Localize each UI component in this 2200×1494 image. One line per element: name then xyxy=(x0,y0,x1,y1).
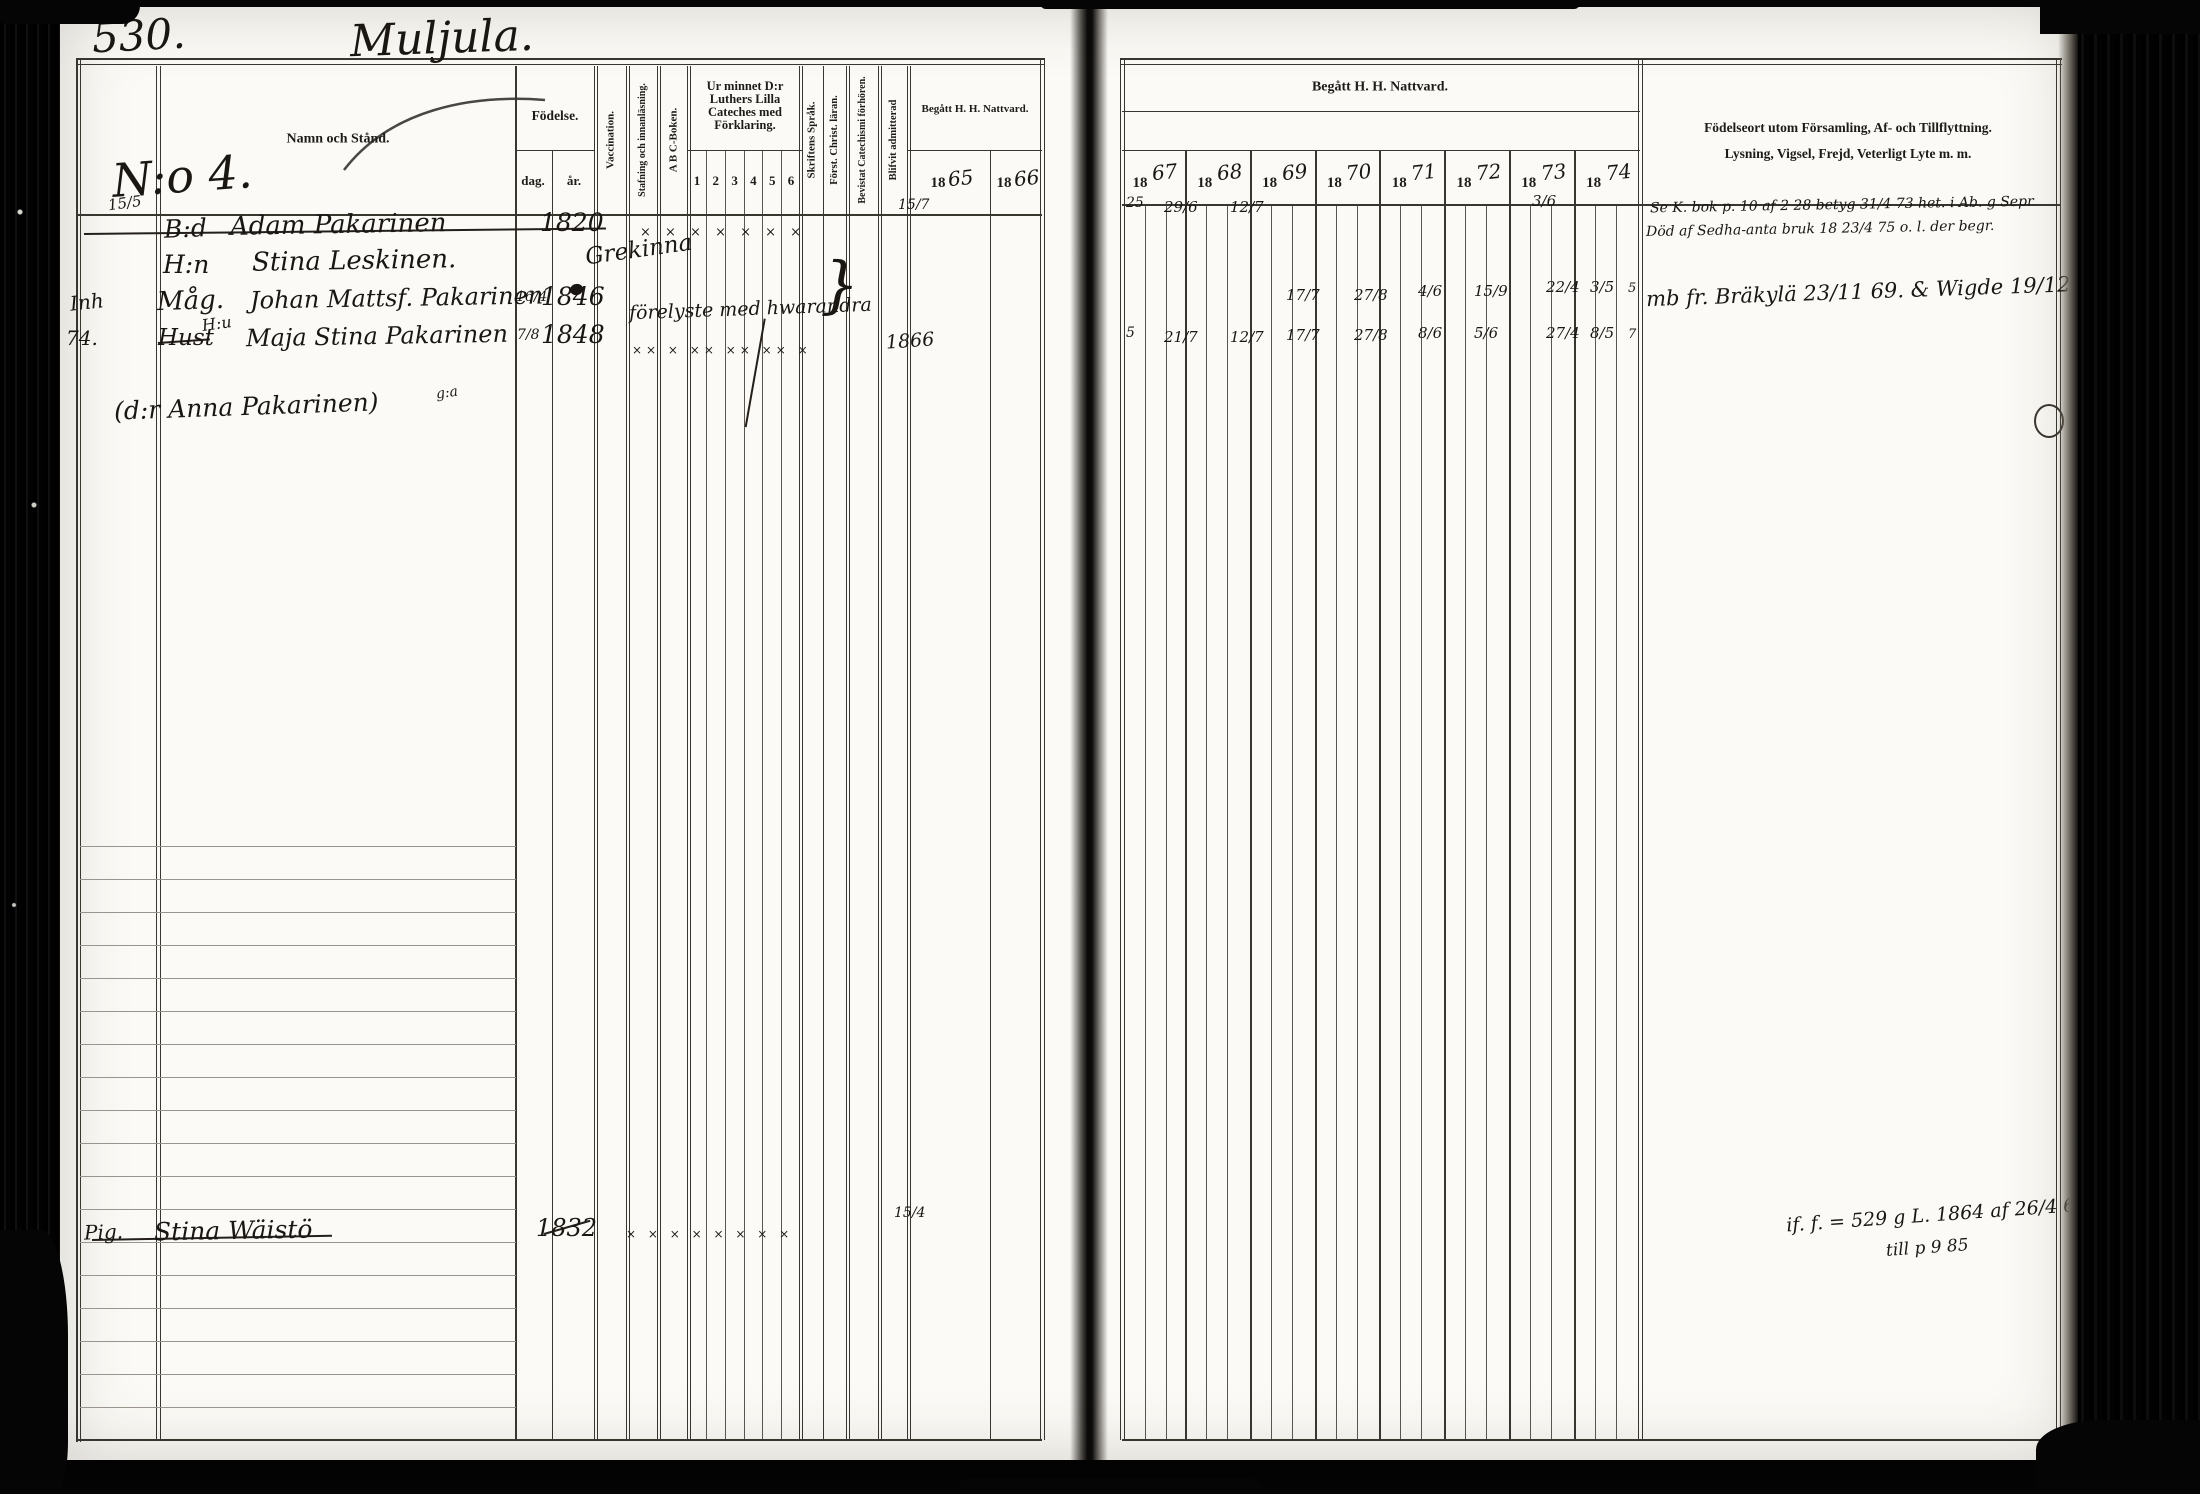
col-header-year: år. xyxy=(567,174,581,188)
grid-line xyxy=(1120,64,2062,65)
entry-title: H:u xyxy=(201,314,233,335)
grid-line xyxy=(687,150,802,151)
communion-mark: 4/6 xyxy=(1418,284,1442,300)
grid-line xyxy=(1292,205,1293,1440)
entry-name: Stina Wäistö xyxy=(154,1217,313,1246)
communion-mark: 8/6 xyxy=(1418,326,1442,342)
margin-note: Inh xyxy=(69,290,105,314)
col-header-day: dag. xyxy=(521,174,544,188)
scanned-page-spread: 530.Muljula.N:o 4.Namn och Stånd.Födelse… xyxy=(0,0,2200,1494)
col-header-christianity: Först. Christ. läran. xyxy=(830,70,841,210)
year-label-hand: 72 xyxy=(1475,161,1503,185)
grid-line xyxy=(881,66,882,1440)
col-header-communion-right: Begått H. H. Nattvard. xyxy=(1312,81,1448,96)
entry-note: g:a xyxy=(435,385,459,403)
grid-line xyxy=(1638,58,1639,1440)
communion-mark: 29/6 xyxy=(1164,200,1198,216)
pen-brace: } xyxy=(820,252,859,317)
grid-line xyxy=(907,66,908,1440)
communion-mark: 5/6 xyxy=(1474,326,1498,342)
year-label-hand: 70 xyxy=(1345,161,1373,185)
grid-line xyxy=(1616,205,1617,1440)
col-header-communion-left: Begått H. H. Nattvard. xyxy=(922,104,1029,116)
year-label-hand: 67 xyxy=(1151,161,1179,185)
year-label-hand: 73 xyxy=(1540,161,1568,185)
year-label-hand: 71 xyxy=(1410,161,1438,185)
ledger-line xyxy=(80,846,516,847)
grid-line xyxy=(990,150,991,1440)
col-header-cat-1: 1 xyxy=(694,174,701,188)
grid-line xyxy=(1595,205,1596,1440)
grid-line xyxy=(76,64,1044,65)
grid-line xyxy=(1271,205,1272,1440)
scan-blotch xyxy=(0,0,140,24)
ledger-line xyxy=(80,1275,516,1276)
grid-line xyxy=(1642,58,1643,1440)
entry-title: B:d xyxy=(164,215,208,243)
communion-mark: 15/7 xyxy=(898,198,929,213)
margin-note: 15/5 xyxy=(107,194,143,214)
scan-border-right xyxy=(2076,0,2200,1494)
col-header-cat-5: 5 xyxy=(769,174,776,188)
communion-mark: 12/7 xyxy=(1230,200,1264,216)
ledger-line xyxy=(80,1110,516,1111)
check-marks: ×× × ×× ×× ×× × xyxy=(632,344,812,357)
scan-blotch xyxy=(960,1478,1260,1494)
margin-note: Pig. xyxy=(84,1221,124,1243)
year-label: 18 xyxy=(997,176,1012,192)
year-label: 18 xyxy=(1197,176,1212,192)
scan-blotch xyxy=(0,1230,68,1494)
grid-line xyxy=(1044,58,1045,1440)
ledger-line xyxy=(80,912,516,913)
col-header-spelling: Stafning och innanläsning. xyxy=(638,70,648,210)
col-header-cat-3: 3 xyxy=(731,174,738,188)
col-header-attended: Bevistat Catechismi förhören. xyxy=(858,70,868,210)
communion-mark: 15/9 xyxy=(1474,284,1508,300)
grid-line xyxy=(907,150,1042,151)
communion-mark: 15/4 xyxy=(894,1206,925,1221)
grid-line xyxy=(76,58,1044,60)
grid-line xyxy=(1357,205,1358,1440)
grid-line xyxy=(1124,58,1125,1440)
communion-mark: 12/7 xyxy=(1230,330,1264,346)
grid-line xyxy=(1120,58,1121,1440)
marginal-note: Död af Sedha-anta bruk 18 23/4 75 o. l. … xyxy=(1646,219,1995,240)
year-label-hand: 74 xyxy=(1605,161,1633,185)
grid-line xyxy=(1206,205,1207,1440)
check-marks: × × × × × × × × xyxy=(626,1228,793,1241)
communion-mark: 25 xyxy=(1126,196,1144,211)
communion-mark: 27/8 xyxy=(1354,288,1388,304)
grid-line xyxy=(1166,205,1167,1440)
communion-mark: 7 xyxy=(1628,328,1636,342)
col-header-cat-4: 4 xyxy=(750,174,757,188)
year-label: 18 xyxy=(1133,176,1148,192)
communion-mark: 5 xyxy=(1126,326,1135,341)
ledger-line xyxy=(80,1407,516,1408)
scan-blotch xyxy=(2036,1420,2200,1494)
col-header-scripture: Skriftens Språk. xyxy=(807,67,818,213)
entry-birth-year: 1832 xyxy=(536,1216,597,1241)
ledger-line xyxy=(80,1209,516,1210)
paper-edge-shadow xyxy=(2058,6,2078,1460)
grid-line xyxy=(76,58,78,1442)
col-header-name: Namn och Stånd. xyxy=(286,133,389,148)
place-title: Muljula. xyxy=(349,13,534,66)
ledger-line xyxy=(80,879,516,880)
grid-line xyxy=(1336,205,1337,1440)
grid-line xyxy=(1122,1439,2060,1441)
ledger-line xyxy=(80,1176,516,1177)
year-label: 18 xyxy=(1392,176,1407,192)
ledger-line xyxy=(80,1341,516,1342)
entry-name: Maja Stina Pakarinen xyxy=(246,322,508,352)
communion-mark: 27/8 xyxy=(1354,328,1388,344)
grid-line xyxy=(910,66,911,1440)
communion-mark: 3/6 xyxy=(1532,194,1556,210)
marginal-note: Se K. bok p. 10 af 2 28 betyg 31/4 73 he… xyxy=(1650,195,2034,216)
ledger-line xyxy=(80,1308,516,1309)
grid-line xyxy=(1122,111,1640,112)
entry-name: Stina Leskinen. xyxy=(252,246,457,277)
grid-line xyxy=(1120,58,2062,60)
page-fold xyxy=(1070,6,1108,1460)
grid-line xyxy=(80,58,81,1442)
grid-line xyxy=(1551,205,1552,1440)
col-header-admitted: Blifvit admitterad xyxy=(889,67,900,213)
ledger-line xyxy=(80,1044,516,1045)
ledger-line xyxy=(80,978,516,979)
communion-mark: 17/7 xyxy=(1286,328,1320,344)
entry-birth-day: 7/8 xyxy=(517,328,540,343)
year-label: 18 xyxy=(1262,176,1277,192)
ledger-line xyxy=(80,1077,516,1078)
marginal-note: mb fr. Bräkylä 23/11 69. & Wigde 19/12 6… xyxy=(1646,272,2111,310)
year-label-hand: 68 xyxy=(1216,161,1244,185)
communion-mark: 22/4 xyxy=(1546,280,1580,296)
grid-line xyxy=(799,66,800,1440)
grid-line xyxy=(1574,150,1576,1440)
communion-mark: 17/7 xyxy=(1286,288,1320,304)
col-header-catechism: Ur minnet D:r Luthers Lilla Cateches med… xyxy=(691,80,799,133)
entry-title: Måg. xyxy=(157,287,225,317)
grid-line xyxy=(1040,58,1041,1440)
entry-birth-year: 1848 xyxy=(541,322,605,348)
grid-line xyxy=(1444,150,1446,1440)
ledger-line xyxy=(80,945,516,946)
grid-line xyxy=(1486,205,1487,1440)
grid-line xyxy=(597,66,598,1440)
entry-name: Johan Mattsf. Pakarinen xyxy=(250,283,544,313)
year-label: 18 xyxy=(1521,176,1536,192)
scan-blotch xyxy=(2040,0,2200,34)
grid-line xyxy=(515,150,595,151)
scan-blotch xyxy=(1040,0,1580,9)
grid-line xyxy=(2056,58,2057,1440)
col-header-notes-2: Lysning, Vigsel, Frejd, Veterligt Lyte m… xyxy=(1725,147,1972,161)
year-label-hand: 69 xyxy=(1281,161,1309,185)
ledger-line xyxy=(80,1011,516,1012)
communion-mark: 21/7 xyxy=(1164,330,1198,346)
grid-line xyxy=(1122,150,1640,151)
col-header-cat-2: 2 xyxy=(713,174,720,188)
grid-line xyxy=(1421,205,1422,1440)
admitted-year: 1866 xyxy=(885,330,935,353)
grid-line xyxy=(1509,150,1511,1440)
col-header-birth: Födelse. xyxy=(532,109,579,123)
col-header-vaccination: Vaccination. xyxy=(606,67,617,213)
ledger-line xyxy=(80,1374,516,1375)
entry-name: Adam Pakarinen xyxy=(230,210,447,241)
year-label-hand: 65 xyxy=(947,167,975,191)
grid-line xyxy=(1145,205,1146,1440)
communion-mark: 8/5 xyxy=(1590,326,1614,342)
grid-line xyxy=(78,1439,1042,1441)
col-header-notes-1: Födelseort utom Församling, Af- och Till… xyxy=(1704,121,1992,135)
grid-line xyxy=(1227,205,1228,1440)
year-label: 18 xyxy=(1586,176,1601,192)
year-label: 18 xyxy=(931,176,946,192)
communion-mark: 5 xyxy=(1628,282,1636,296)
communion-mark: 3/5 xyxy=(1590,280,1614,296)
communion-mark: 27/4 xyxy=(1546,326,1580,342)
year-label-hand: 66 xyxy=(1013,167,1041,191)
entry-name: (d:r Anna Pakarinen) xyxy=(114,389,379,424)
entry-birth-year: 1820 xyxy=(540,210,604,236)
marginal-note: till p 9 85 xyxy=(1885,1237,1969,1261)
ledger-line xyxy=(80,1143,516,1144)
grid-line xyxy=(802,66,803,1440)
col-header-cat-6: 6 xyxy=(788,174,795,188)
year-label: 18 xyxy=(1457,176,1472,192)
year-label: 18 xyxy=(1327,176,1342,192)
grid-line xyxy=(1465,205,1466,1440)
grid-line xyxy=(878,66,879,1440)
grid-line xyxy=(1530,205,1531,1440)
entry-title: H:n xyxy=(163,252,209,278)
grid-line xyxy=(1400,205,1401,1440)
margin-note: 74. xyxy=(66,328,98,349)
marginal-note: if. f. = 529 g L. 1864 af 26/4 65 xyxy=(1786,1195,2088,1236)
grid-line xyxy=(515,66,517,1440)
col-header-abc: A B C-Boken. xyxy=(669,67,680,213)
